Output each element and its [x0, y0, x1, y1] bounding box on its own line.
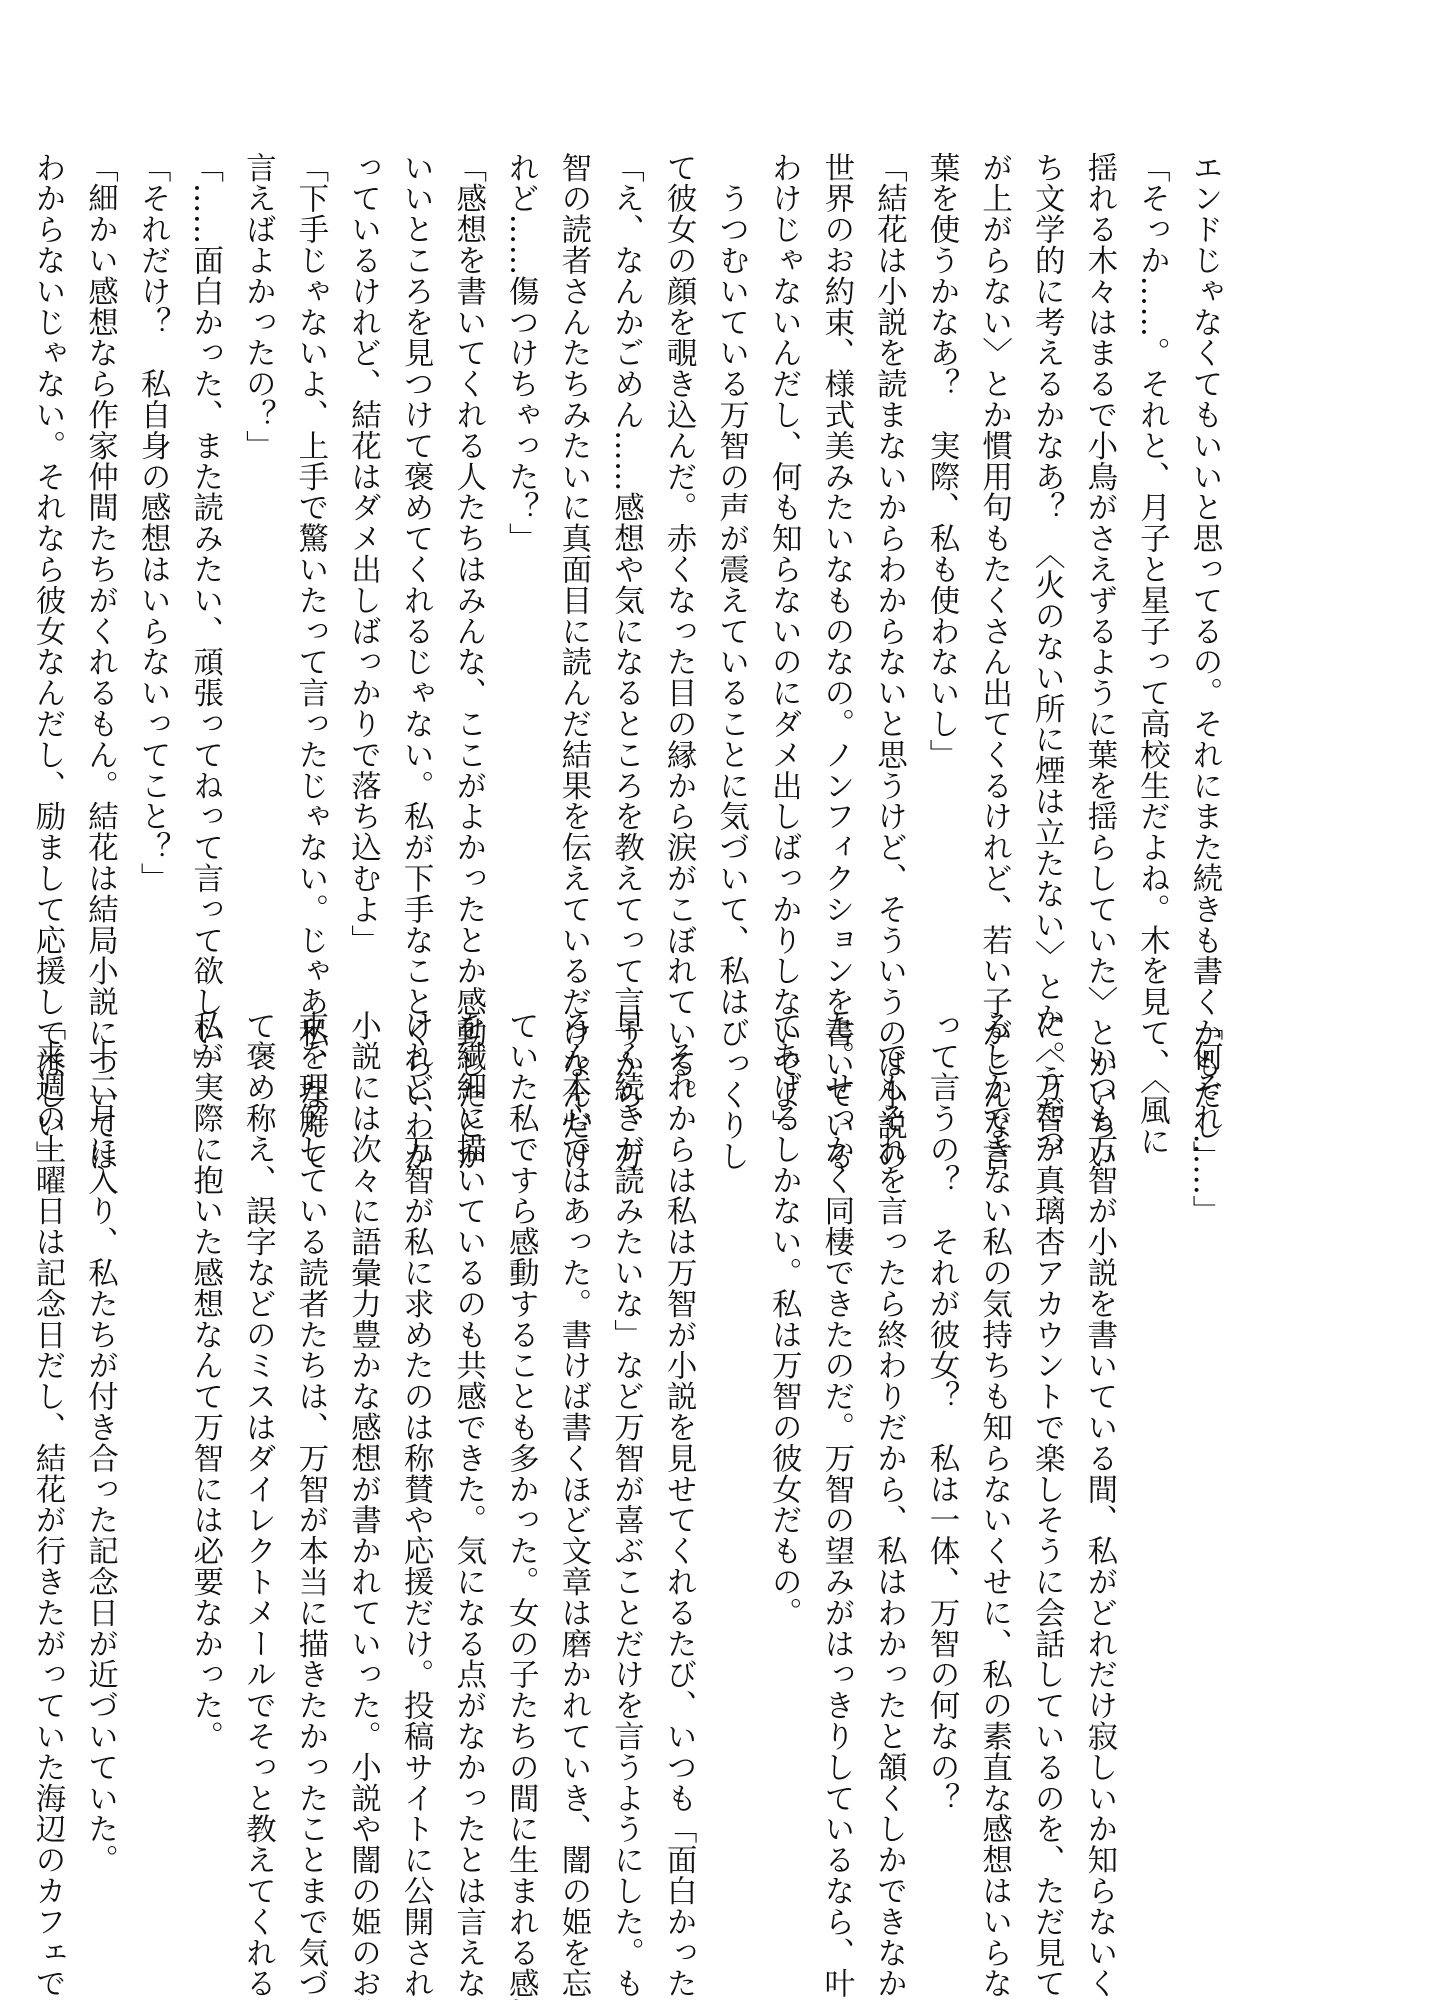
text-line: 十二月に入り、私たちが付き合った記念日が近づいていた。: [73, 1010, 126, 1800]
text-line: 「結花は小説を読まないからわからないと思うけど、そういうのは小説の: [862, 152, 915, 942]
text-line: 葉を使うかなあ？ 実際、私も使わないし」: [914, 152, 967, 942]
text-line: エンドじゃなくてもいいと思ってるの。それにまた続きも書くかもだし」: [1177, 152, 1230, 942]
text-line: ていた私ですら感動することも多かった。女の子たちの間に生まれる感情: [494, 1010, 547, 1800]
text-line: 私が実際に抱いた感想なんて万智には必要なかった。: [178, 1010, 231, 1800]
text-line: 束を理解している読者たちは、万智が本当に描きたかったことまで気づい: [283, 1010, 336, 1800]
text-line: [1125, 1010, 1178, 1800]
text-line: いいところを見つけて褒めてくれるじゃない。私が下手なことくらいわか: [389, 152, 442, 942]
text-line: れど……傷つけちゃった？」: [494, 152, 547, 942]
text-line: けれど、万智が私に求めたのは称賛や応援だけ。投稿サイトに公開された: [389, 1010, 442, 1800]
text-line: でもそれを言ったら終わりだから、私はわかったと頷くしかできなかっ: [862, 1010, 915, 1800]
text-line: [126, 1010, 179, 1800]
document-page: エンドじゃなくてもいいと思ってるの。それにまた続きも書くかもだし」「そっか……。…: [0, 0, 1430, 2000]
text-line: て褒め称え、誤字などのミスはダイレクトメールでそっと教えてくれる。: [231, 1010, 284, 1800]
text-line: っているけれど、結花はダメ出しばっかりで落ち込むよ」: [336, 152, 389, 942]
text-line: それからは私は万智が小説を見せてくれるたび、いつも「面白かった、: [651, 1010, 704, 1800]
upper-text-block: エンドじゃなくてもいいと思ってるの。それにまた続きも書くかもだし」「そっか……。…: [20, 152, 1230, 942]
text-line: 言えばよかったの？」: [231, 152, 284, 942]
text-line: てあげるしかない。私は万智の彼女だもの。: [757, 1010, 810, 1800]
text-line: 「感想を書いてくれる人たちはみんな、ここがよかったとか感動したとか: [441, 152, 494, 942]
text-line: た。せっかく同棲できたのだ。万智の望みがはっきりしているなら、叶え: [809, 1010, 862, 1800]
text-line: を繊細に描いているのも共感できた。気になる点がなかったとは言えない: [441, 1010, 494, 1800]
text-line: て彼女の顔を覗き込んだ。赤くなった目の縁から涙がこぼれている。: [651, 152, 704, 942]
text-line: いつも万智が小説を書いている間、私がどれだけ寂しいか知らないくせ: [1072, 1010, 1125, 1800]
lower-text-block: 「何それ……」 いつも万智が小説を書いている間、私がどれだけ寂しいか知らないくせ…: [20, 1010, 1230, 1800]
text-line: わけじゃないんだし、何も知らないのにダメ出しばっかりしないでよ」: [757, 152, 810, 942]
text-line: 智の読者さんたちみたいに真面目に読んだ結果を伝えているだけなんだけ: [546, 152, 599, 942]
text-line: に。万智が真璃杏アカウントで楽しそうに会話しているのを、ただ見てい: [1020, 1010, 1073, 1800]
text-line: 「来週の土曜日は記念日だし、結花が行きたがっていた海辺のカフェでラ: [20, 1010, 73, 1800]
text-line: が上がらない〉とか慣用句もたくさん出てくるけれど、若い子がこんな言: [967, 152, 1020, 942]
text-line: 「細かい感想なら作家仲間たちがくれるもん。結花は結局小説については: [73, 152, 126, 942]
text-line: 「何それ……」: [1177, 1010, 1230, 1800]
text-line: って言うの？ それが彼女？ 私は一体、万智の何なの？: [914, 1010, 967, 1800]
text-line: 「それだけ？ 私自身の感想はいらないってこと？」: [126, 152, 179, 942]
text-line: ろん本心ではあった。書けば書くほど文章は磨かれていき、闇の姫を忘れ: [546, 1010, 599, 1800]
text-line: わからないじゃない。それなら彼女なんだし、励まして応援してほしい」: [20, 152, 73, 942]
text-line: 「そっか……。それと、月子と星子って高校生だよね。木を見て、〈風に: [1125, 152, 1178, 942]
text-line: 「え、なんかごめん……感想や気になるところを教えてって言うから、万: [599, 152, 652, 942]
text-line: [704, 1010, 757, 1800]
text-line: るしかできない私の気持ちも知らないくせに、私の素直な感想はいらない: [967, 1010, 1020, 1800]
text-line: うつむいている万智の声が震えていることに気づいて、私はびっくりし: [704, 152, 757, 942]
text-line: 早く続きが読みたいな」など万智が喜ぶことだけを言うようにした。もち: [599, 1010, 652, 1800]
text-line: ち文学的に考えるかなあ？ 〈火のない所に煙は立たない〉とか〈うだつ: [1020, 152, 1073, 942]
text-line: 小説には次々に語彙力豊かな感想が書かれていった。小説や闇の姫のお約: [336, 1010, 389, 1800]
text-line: 揺れる木々はまるで小鳥がさえずるように葉を揺らしていた〉とかいちい: [1072, 152, 1125, 942]
text-line: 「……面白かった、また読みたい、頑張ってねって言って欲しい」: [178, 152, 231, 942]
text-line: 世界のお約束、様式美みたいなものなの。ノンフィクションを書いている: [809, 152, 862, 942]
text-line: 「下手じゃないよ、上手で驚いたって言ったじゃない。じゃあ私、なんて: [283, 152, 336, 942]
